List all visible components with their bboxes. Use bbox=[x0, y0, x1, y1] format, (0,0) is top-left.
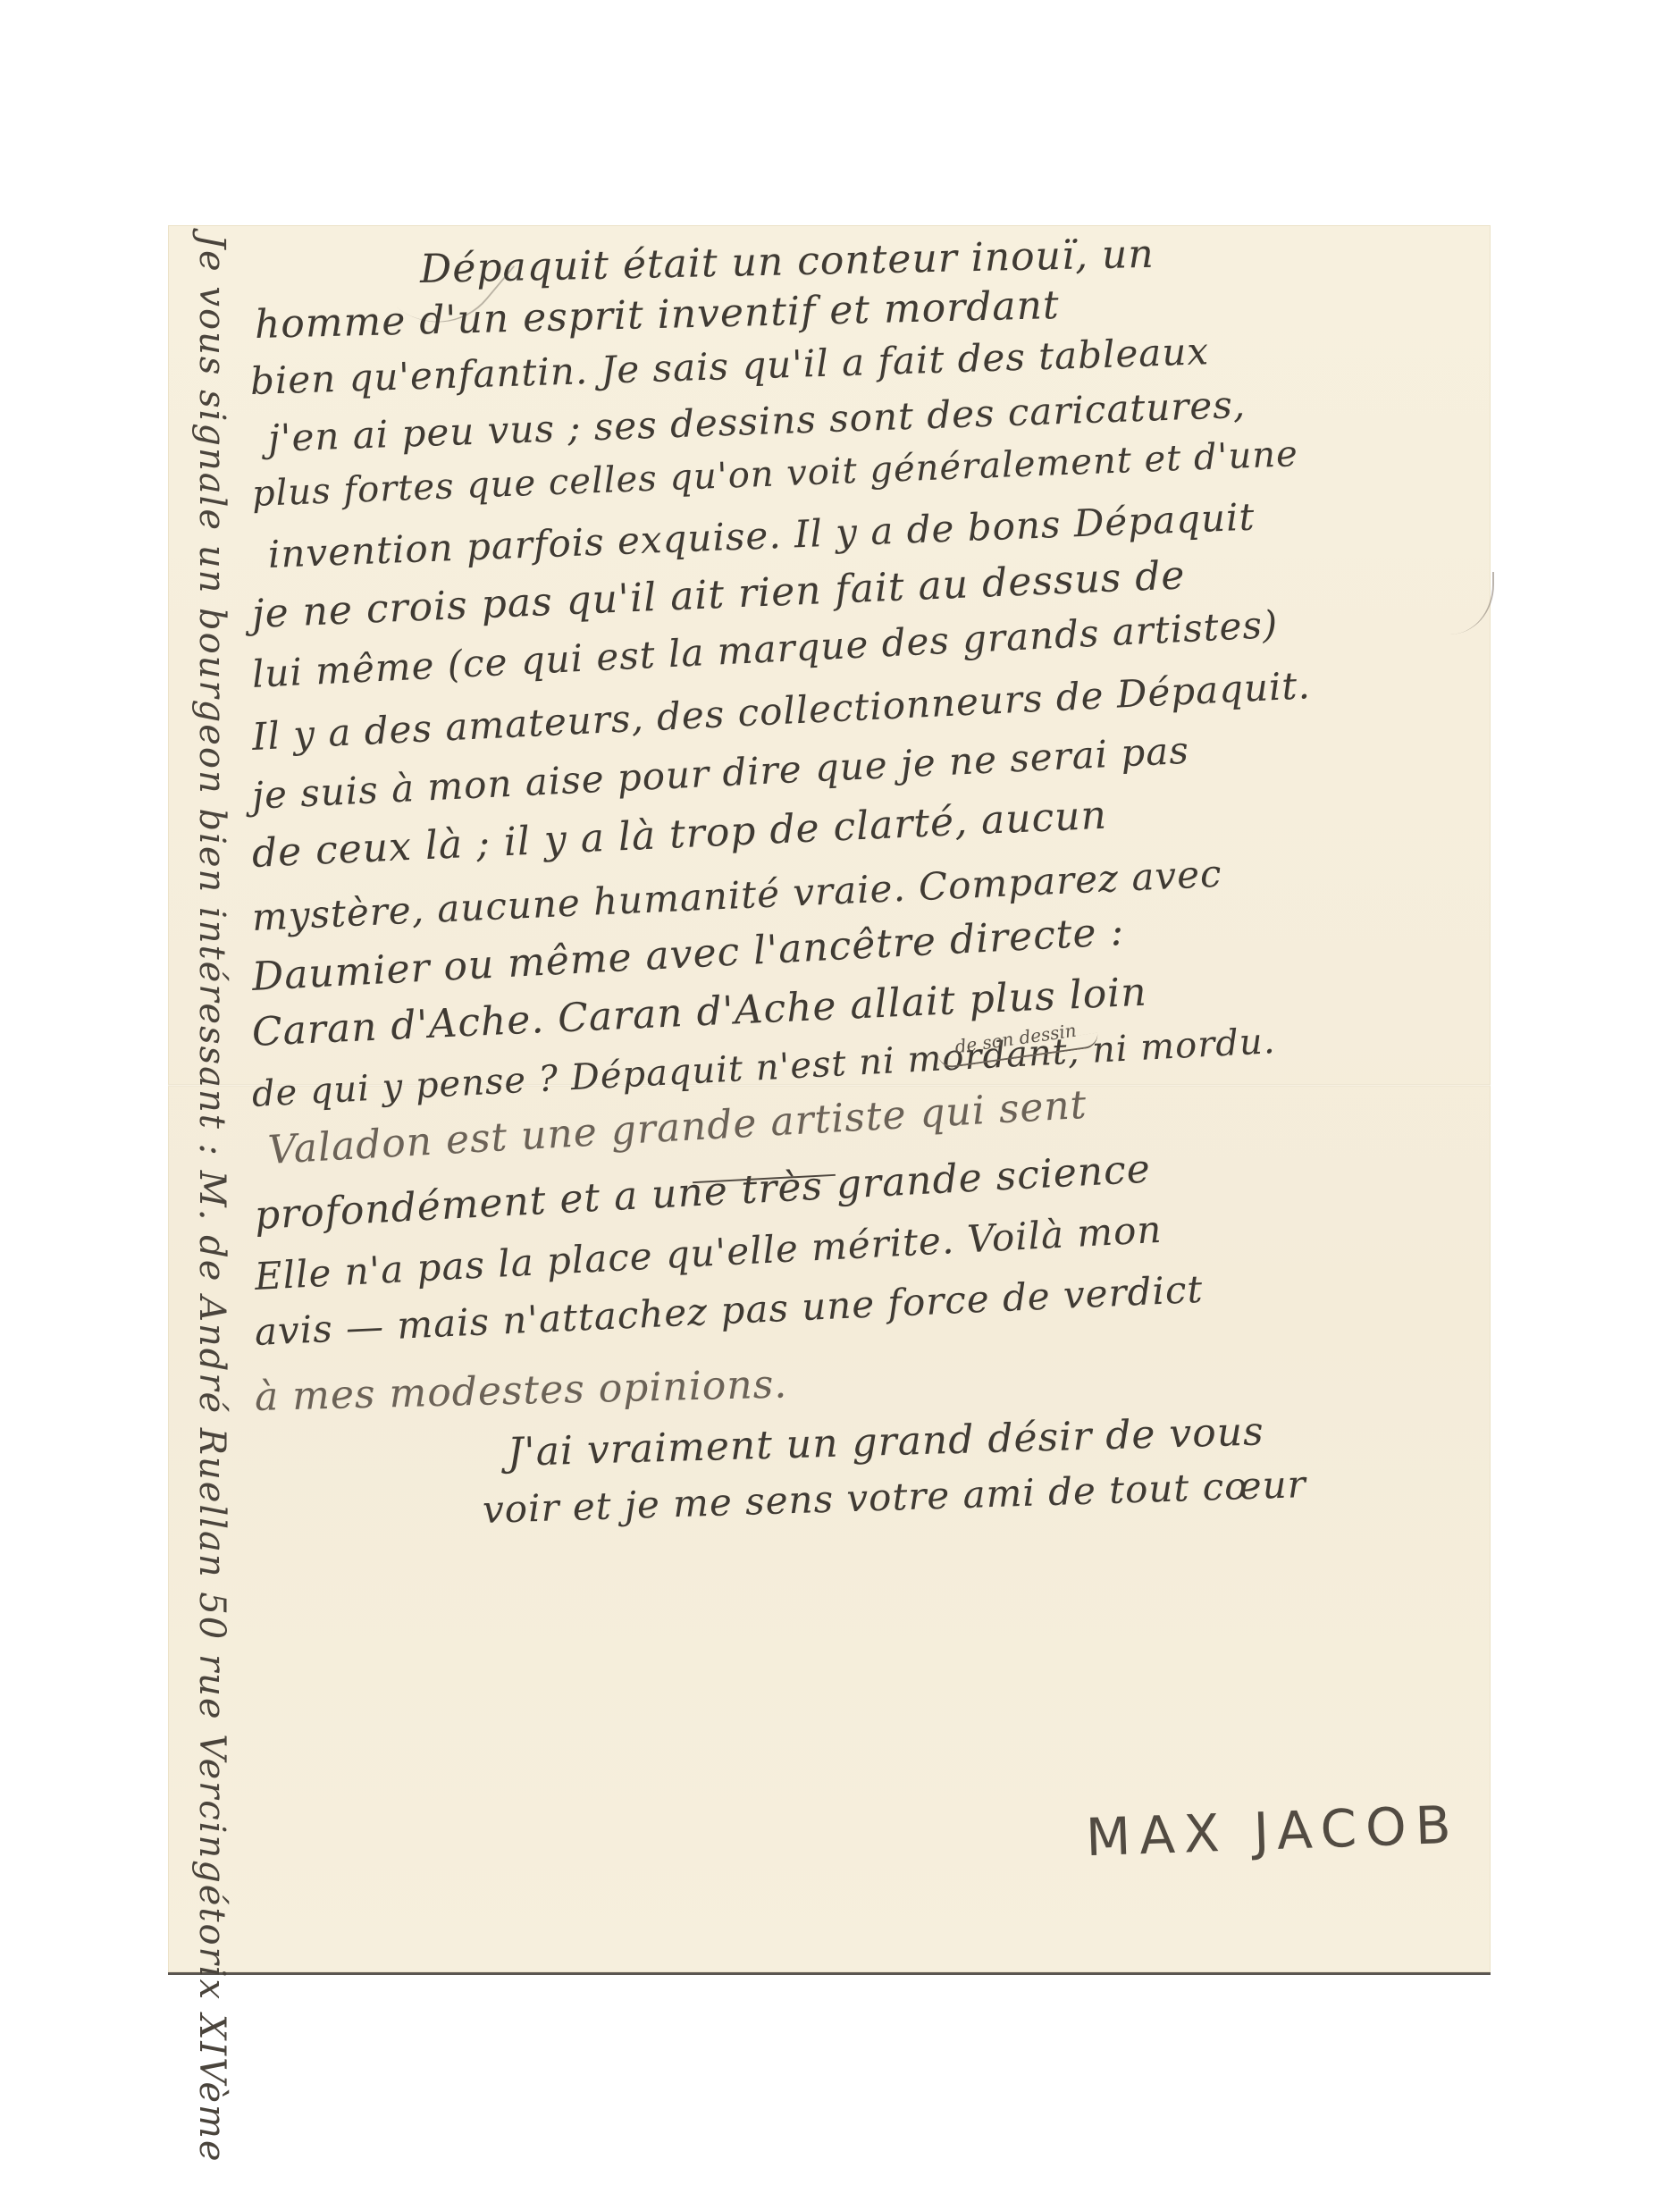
margin-note: Je vous signale un bourgeon bien intéres… bbox=[188, 234, 241, 1968]
margin-note-text: Je vous signale un bourgeon bien intéres… bbox=[191, 234, 232, 2164]
